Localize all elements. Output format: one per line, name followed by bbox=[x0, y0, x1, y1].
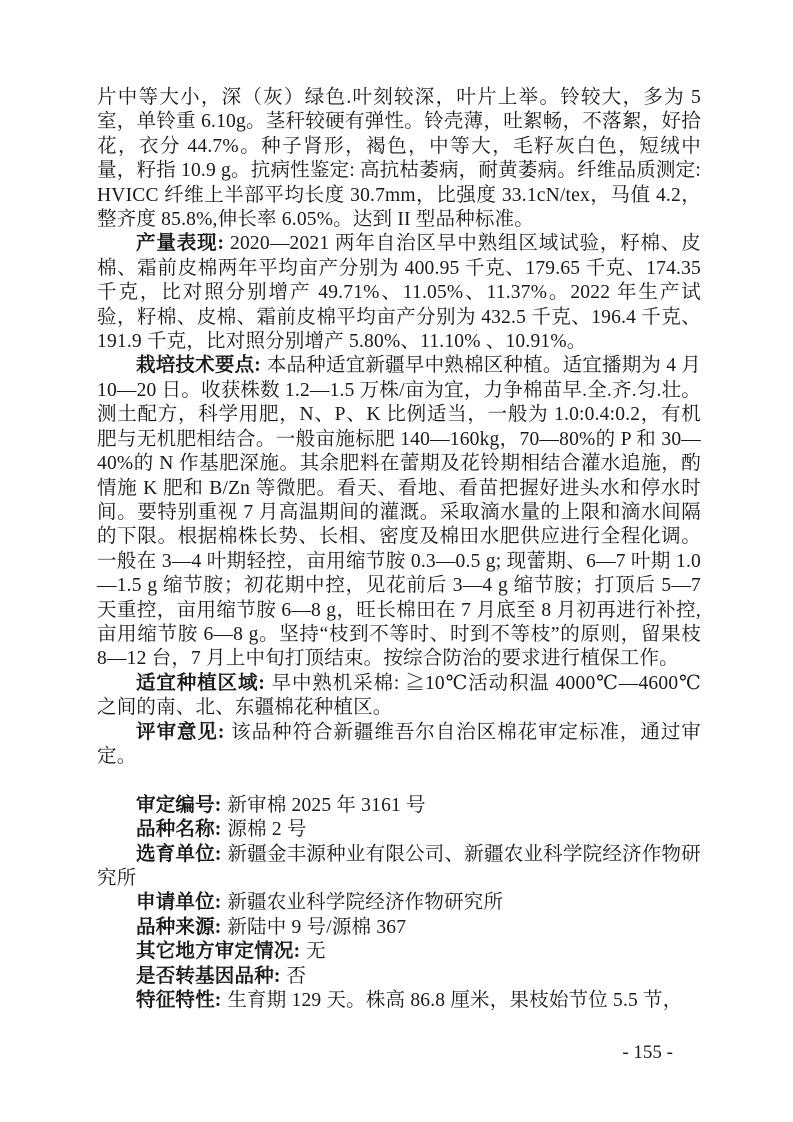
paragraph-is-transgenic: 是否转基因品种:否 bbox=[97, 965, 701, 989]
paragraph-yield-performance: 产量表现:2020—2021 两年自治区早中熟组区域试验，籽棉、皮棉、霜前皮棉两… bbox=[97, 232, 701, 354]
field-value: 新陆中 9 号/源棉 367 bbox=[227, 917, 406, 938]
paragraph-cultivation-techniques: 栽培技术要点:本品种适宜新疆早中熟棉区种植。适宜播期为 4 月 10—20 日。… bbox=[97, 354, 701, 671]
field-label: 审定编号: bbox=[136, 795, 222, 816]
field-value: 否 bbox=[286, 966, 306, 987]
paragraph-fiber-traits-continued: 片中等大小，深（灰）绿色.叶刻较深，叶片上举。铃较大，多为 5 室，单铃重 6.… bbox=[97, 86, 701, 232]
page-number: - 155 - bbox=[622, 1042, 673, 1064]
paragraph-applicant-unit: 申请单位:新疆农业科学院经济作物研究所 bbox=[97, 891, 701, 915]
field-label: 特征特性: bbox=[136, 990, 222, 1011]
field-value: 新审棉 2025 年 3161 号 bbox=[227, 795, 425, 816]
field-label: 选育单位: bbox=[136, 844, 222, 865]
field-label: 是否转基因品种: bbox=[136, 966, 281, 987]
field-value: 源棉 2 号 bbox=[227, 819, 306, 840]
field-label: 栽培技术要点: bbox=[136, 355, 261, 376]
document-body: 片中等大小，深（灰）绿色.叶刻较深，叶片上举。铃较大，多为 5 室，单铃重 6.… bbox=[97, 86, 701, 1013]
paragraph-breeding-unit: 选育单位:新疆金丰源种业有限公司、新疆农业科学院经济作物研究所 bbox=[97, 843, 701, 892]
field-label: 品种名称: bbox=[136, 819, 222, 840]
paragraph-review-opinion: 评审意见:该品种符合新疆维吾尔自治区棉花审定标准，通过审定。 bbox=[97, 721, 701, 770]
paragraph-variety-origin: 品种来源:新陆中 9 号/源棉 367 bbox=[97, 916, 701, 940]
field-value: 新疆农业科学院经济作物研究所 bbox=[227, 892, 503, 913]
field-label: 产量表现: bbox=[136, 233, 224, 254]
paragraph-characteristics: 特征特性:生育期 129 天。株高 86.8 厘米，果枝始节位 5.5 节， bbox=[97, 989, 701, 1013]
paragraph-certification-number: 审定编号:新审棉 2025 年 3161 号 bbox=[97, 794, 701, 818]
document-page: 片中等大小，深（灰）绿色.叶刻较深，叶片上举。铃较大，多为 5 室，单铃重 6.… bbox=[0, 0, 793, 1122]
field-value: 本品种适宜新疆早中熟棉区种植。适宜播期为 4 月 10—20 日。收获株数 1.… bbox=[97, 355, 701, 669]
paragraph-other-region-certification: 其它地方审定情况:无 bbox=[97, 940, 701, 964]
field-value: 生育期 129 天。株高 86.8 厘米，果枝始节位 5.5 节， bbox=[227, 990, 682, 1011]
field-label: 其它地方审定情况: bbox=[136, 941, 300, 962]
field-label: 适宜种植区域: bbox=[136, 673, 265, 694]
field-label: 品种来源: bbox=[136, 917, 222, 938]
paragraph-variety-name: 品种名称:源棉 2 号 bbox=[97, 818, 701, 842]
field-label: 评审意见: bbox=[136, 722, 225, 743]
paragraph-suitable-planting-region: 适宜种植区域:早中熟机采棉: ≧10℃活动积温 4000℃—4600℃之间的南、… bbox=[97, 672, 701, 721]
field-value: 无 bbox=[306, 941, 326, 962]
field-label: 申请单位: bbox=[136, 892, 222, 913]
field-value: 片中等大小，深（灰）绿色.叶刻较深，叶片上举。铃较大，多为 5 室，单铃重 6.… bbox=[97, 87, 701, 230]
